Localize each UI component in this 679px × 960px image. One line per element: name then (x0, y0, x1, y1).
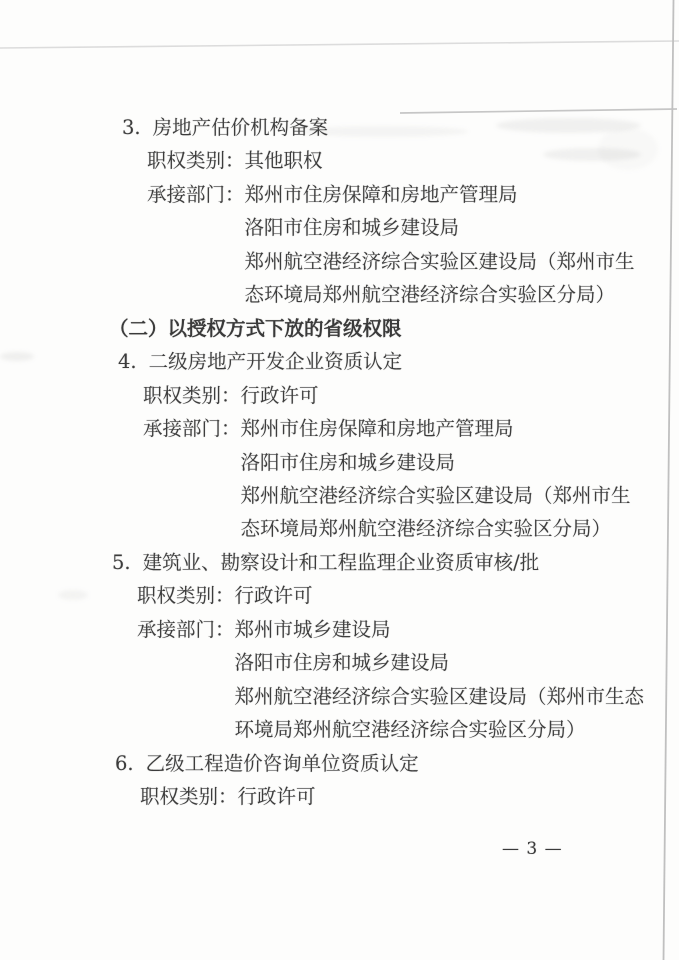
category-value: 其他职权 (245, 149, 323, 172)
department-name: 郑州市住房保障和房地产管理局 (245, 178, 679, 211)
category-row: 职权类别：行政许可 (0, 379, 679, 412)
department-list: 郑州市住房保障和房地产管理局 洛阳市住房和城乡建设局 郑州航空港经济综合实验区建… (245, 178, 679, 312)
item-title-row: 6.乙级工程造价咨询单位资质认定 (0, 747, 679, 780)
item-title-text: 建筑业、勘察设计和工程监理企业资质审核/批 (143, 551, 540, 574)
item-title-row: 5.建筑业、勘察设计和工程监理企业资质审核/批 (0, 546, 679, 579)
department-name: 郑州市住房保障和房地产管理局 (241, 412, 679, 445)
scanned-page: 3.房地产估价机构备案 职权类别：其他职权 承接部门： 郑州市住房保障和房地产管… (0, 0, 679, 960)
item-title-text: 乙级工程造价咨询单位资质认定 (146, 752, 419, 775)
category-row: 职权类别：其他职权 (4, 144, 679, 177)
category-label: 职权类别： (140, 785, 238, 808)
departments-row: 承接部门： 郑州市住房保障和房地产管理局 洛阳市住房和城乡建设局 郑州航空港经济… (4, 178, 679, 312)
department-name: 郑州航空港经济综合实验区建设局（郑州市生 态环境局郑州航空港经济综合实验区分局） (241, 479, 679, 546)
item-number: 5. (112, 546, 131, 579)
department-name: 洛阳市住房和城乡建设局 (245, 211, 679, 244)
item-number: 4. (118, 345, 137, 378)
item-number: 6. (115, 747, 134, 780)
departments-row: 承接部门： 郑州市住房保障和房地产管理局 洛阳市住房和城乡建设局 郑州航空港经济… (0, 412, 679, 546)
department-name: 郑州航空港经济综合实验区建设局（郑州市生态 环境局郑州航空港经济综合实验区分局） (235, 680, 675, 747)
item-title-text: 二级房地产开发企业资质认定 (149, 350, 403, 373)
section-heading: （二）以授权方式下放的省级权限 (0, 312, 679, 345)
item-title-text: 房地产估价机构备案 (153, 116, 329, 139)
power-item-5: 5.建筑业、勘察设计和工程监理企业资质审核/批 职权类别：行政许可 承接部门： … (0, 546, 679, 747)
department-label: 承接部门： (147, 178, 245, 211)
power-item-4: 4.二级房地产开发企业资质认定 职权类别：行政许可 承接部门： 郑州市住房保障和… (0, 345, 679, 546)
category-row: 职权类别：行政许可 (0, 780, 679, 813)
department-label: 承接部门： (143, 412, 241, 445)
department-name: 洛阳市住房和城乡建设局 (235, 646, 675, 679)
item-title-row: 4.二级房地产开发企业资质认定 (0, 345, 679, 378)
department-label: 承接部门： (137, 613, 235, 646)
department-name: 郑州市城乡建设局 (235, 613, 675, 646)
department-name: 洛阳市住房和城乡建设局 (241, 446, 679, 479)
page-number: — 3 — (502, 839, 563, 859)
item-number: 3. (122, 111, 141, 144)
category-value: 行政许可 (235, 584, 313, 607)
item-title-row: 3.房地产估价机构备案 (4, 111, 679, 144)
department-list: 郑州市住房保障和房地产管理局 洛阳市住房和城乡建设局 郑州航空港经济综合实验区建… (241, 412, 679, 546)
category-value: 行政许可 (241, 384, 319, 407)
category-row: 职权类别：行政许可 (0, 579, 679, 612)
category-value: 行政许可 (238, 785, 316, 808)
scan-hline-top (0, 41, 679, 48)
category-label: 职权类别： (147, 149, 245, 172)
category-label: 职权类别： (143, 384, 241, 407)
document-body: 3.房地产估价机构备案 职权类别：其他职权 承接部门： 郑州市住房保障和房地产管… (0, 111, 679, 814)
department-name: 郑州航空港经济综合实验区建设局（郑州市生 态环境局郑州航空港经济综合实验区分局） (245, 245, 679, 312)
departments-row: 承接部门： 郑州市城乡建设局 洛阳市住房和城乡建设局 郑州航空港经济综合实验区建… (0, 613, 679, 747)
power-item-6: 6.乙级工程造价咨询单位资质认定 职权类别：行政许可 (0, 747, 679, 814)
power-item-3: 3.房地产估价机构备案 职权类别：其他职权 承接部门： 郑州市住房保障和房地产管… (4, 111, 679, 312)
department-list: 郑州市城乡建设局 洛阳市住房和城乡建设局 郑州航空港经济综合实验区建设局（郑州市… (235, 613, 675, 747)
category-label: 职权类别： (137, 584, 235, 607)
